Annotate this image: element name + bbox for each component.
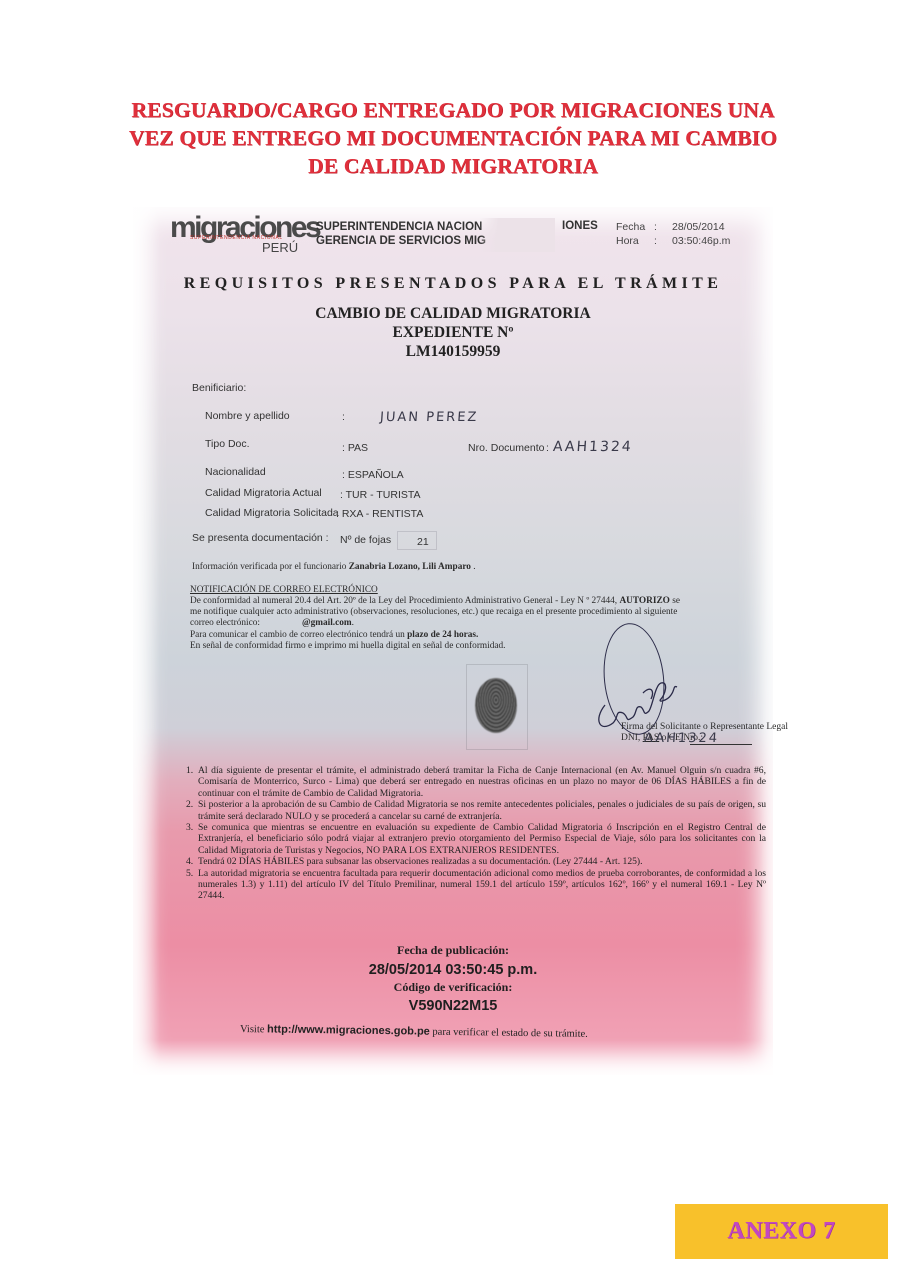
heading-line-2: VEZ QUE ENTREGO MI DOCUMENTACIÓN PARA MI… bbox=[110, 124, 796, 152]
funcionario-name: Zanabria Lozano, Lili Amparo bbox=[349, 562, 471, 572]
codigo-verificacion-value: V590N22M15 bbox=[133, 998, 773, 1014]
fecha-publicacion-label: Fecha de publicación: bbox=[133, 943, 773, 958]
documentacion-label: Se presenta documentación : bbox=[192, 532, 329, 544]
list-item: 5.La autoridad migratoria se encuentra f… bbox=[186, 868, 766, 902]
tramite-title: CAMBIO DE CALIDAD MIGRATORIA bbox=[133, 305, 773, 323]
requisitos-title: REQUISITOS PRESENTADOS PARA EL TRÁMITE bbox=[133, 275, 773, 293]
sheet-fade-bottom bbox=[120, 1040, 800, 1080]
expediente-label: EXPEDIENTE Nº bbox=[133, 324, 773, 342]
org-tail: IONES bbox=[562, 220, 598, 232]
nro-documento-label: Nro. Documento bbox=[468, 442, 544, 454]
anexo-badge: ANEXO 7 bbox=[675, 1204, 888, 1259]
tipo-doc-label: Tipo Doc. bbox=[205, 438, 250, 450]
notificacion-line-4: Para comunicar el cambio de correo elect… bbox=[190, 630, 478, 641]
notificacion-line-2: me notifique cualquier acto administrati… bbox=[190, 607, 677, 618]
org-line-1: SUPERINTENDENCIA NACION bbox=[316, 220, 486, 234]
calidad-solicitada-label: Calidad Migratoria Solicitada bbox=[205, 507, 339, 519]
nacionalidad-value: : ESPAÑOLA bbox=[342, 469, 404, 481]
fecha-publicacion-value: 28/05/2014 03:50:45 p.m. bbox=[133, 962, 773, 978]
codigo-verificacion-label: Código de verificación: bbox=[133, 980, 773, 995]
notificacion-line-5: En señal de conformidad firmo e imprimo … bbox=[190, 641, 506, 652]
logo-country: PERÚ bbox=[262, 240, 298, 255]
notificacion-title: NOTIFICACIÓN DE CORREO ELECTRÓNICO bbox=[190, 585, 378, 596]
fingerprint-icon bbox=[475, 678, 517, 733]
calidad-actual-value: : TUR - TURISTA bbox=[340, 489, 421, 501]
organization-name: SUPERINTENDENCIA NACION GERENCIA DE SERV… bbox=[316, 220, 486, 248]
scan-occlusion bbox=[480, 218, 555, 252]
org-line-2: GERENCIA DE SERVICIOS MIG bbox=[316, 234, 486, 248]
heading-line-3: DE CALIDAD MIGRATORIA bbox=[110, 152, 796, 180]
list-item: 3.Se comunica que mientras se encuentre … bbox=[186, 822, 766, 856]
email-value: @gmail.com bbox=[302, 618, 352, 628]
notificacion-line-3: correo electrónico:@gmail.com. bbox=[190, 618, 354, 629]
migraciones-link[interactable]: http://www.migraciones.gob.pe bbox=[267, 1023, 430, 1037]
list-item: 2.Si posterior a la aprobación de su Cam… bbox=[186, 799, 766, 822]
verificado-text: Información verificada por el funcionari… bbox=[192, 562, 476, 573]
anexo-label: ANEXO 7 bbox=[727, 1218, 835, 1245]
hora-value: 03:50:46p.m bbox=[672, 234, 730, 248]
beneficiario-heading: Benificiario: bbox=[192, 382, 246, 394]
notificacion-line-1: De conformidad al numeral 20.4 del Art. … bbox=[190, 596, 680, 607]
list-item: 1.Al día siguiente de presentar el trámi… bbox=[186, 765, 766, 799]
fecha-value: 28/05/2014 bbox=[672, 220, 725, 234]
fojas-value: 21 bbox=[417, 536, 429, 548]
nro-documento-value: AAH1324 bbox=[552, 439, 633, 455]
hora-label: Hora bbox=[616, 234, 654, 248]
page-heading: RESGUARDO/CARGO ENTREGADO POR MIGRACIONE… bbox=[110, 96, 796, 180]
nombre-value: JUAN PEREZ bbox=[379, 410, 478, 425]
expediente-number: LM140159959 bbox=[133, 343, 773, 361]
heading-line-1: RESGUARDO/CARGO ENTREGADO POR MIGRACIONE… bbox=[110, 96, 796, 124]
calidad-actual-label: Calidad Migratoria Actual bbox=[205, 487, 322, 499]
tipo-doc-value: : PAS bbox=[342, 442, 368, 454]
nacionalidad-label: Nacionalidad bbox=[205, 466, 266, 478]
firma-underline bbox=[690, 744, 752, 745]
conditions-list: 1.Al día siguiente de presentar el trámi… bbox=[186, 765, 766, 902]
fojas-label: Nº de fojas bbox=[340, 534, 391, 546]
fecha-label: Fecha bbox=[616, 220, 654, 234]
nombre-label: Nombre y apellido bbox=[205, 410, 290, 422]
migraciones-logo: migraciones SUPERINTENDENCIA NACIONAL PE… bbox=[170, 213, 300, 257]
list-item: 4.Tendrá 02 DÍAS HÁBILES para subsanar l… bbox=[186, 856, 766, 867]
calidad-solicitada-value: : RXA - RENTISTA bbox=[336, 508, 423, 520]
header-datetime: Fecha:28/05/2014 Hora:03:50:46p.m bbox=[616, 220, 730, 248]
